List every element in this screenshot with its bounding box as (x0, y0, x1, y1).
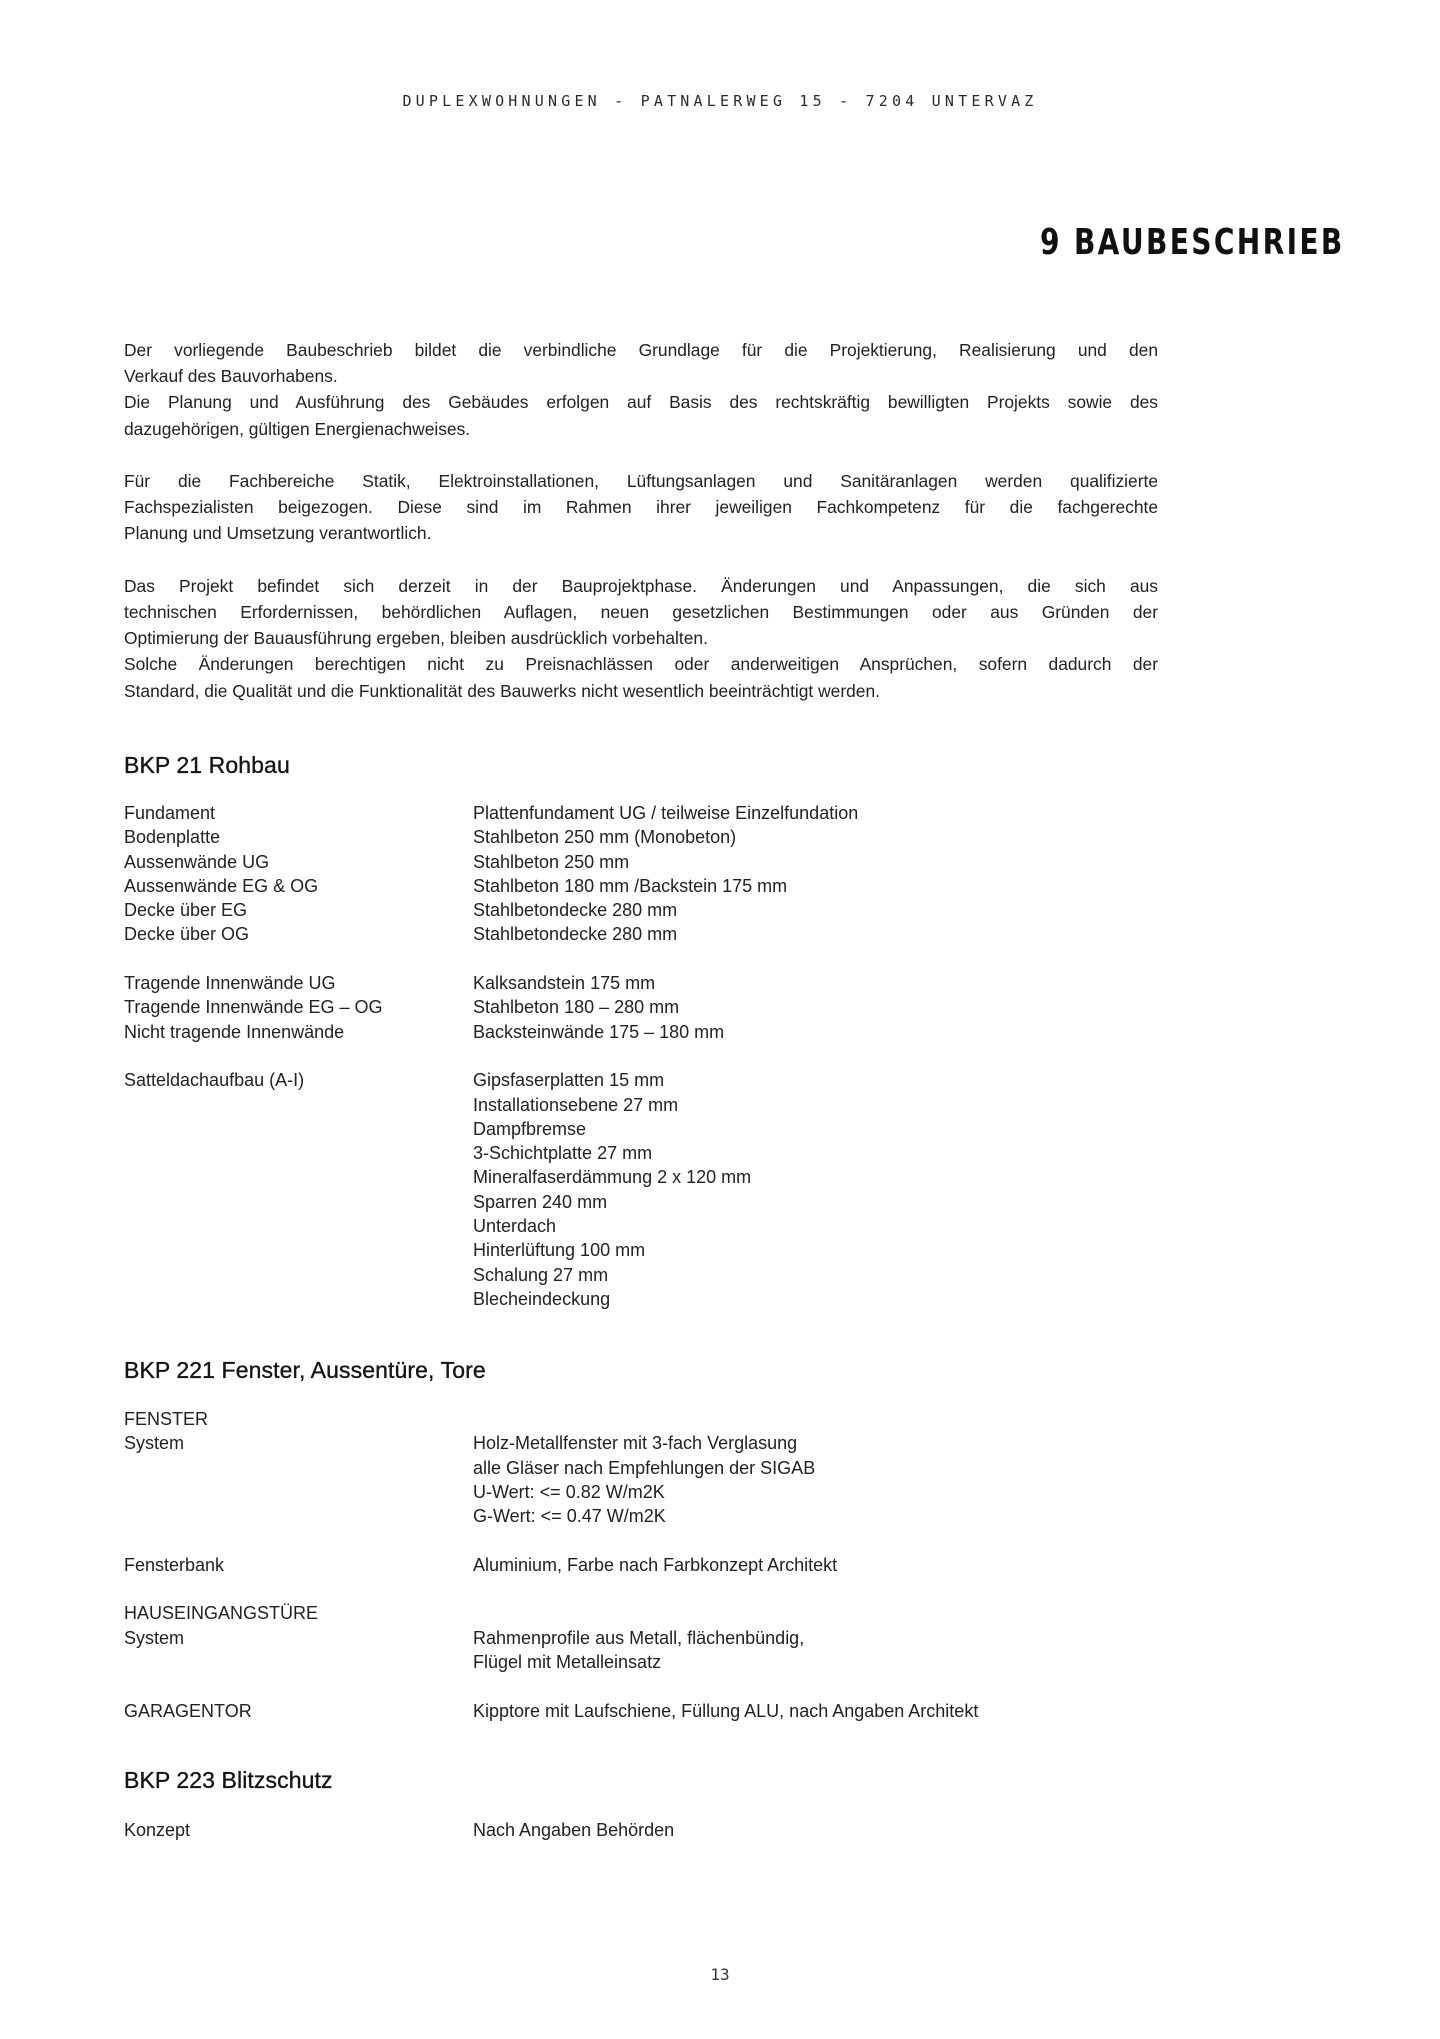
intro-paragraph: Das Projekt befindet sich derzeit in der… (124, 573, 1158, 704)
section-heading: BKP 21 Rohbau (124, 752, 1224, 779)
spec-value-line: Stahlbeton 180 mm /Backstein 175 mm (473, 874, 1224, 898)
text-line: Fachspezialisten beigezogen. Diese sind … (124, 494, 1158, 520)
spec-label: Bodenplatte (124, 825, 473, 849)
section-bkp-221-fenster: BKP 221 Fenster, Aussentüre, Tore FENSTE… (124, 1357, 1224, 1723)
spec-value (473, 1407, 1224, 1431)
intro-paragraph: Für die Fachbereiche Statik, Elektroinst… (124, 468, 1158, 547)
spec-label: Fensterbank (124, 1553, 473, 1577)
spec-value-line: Flügel mit Metalleinsatz (473, 1650, 1224, 1674)
text-line: Standard, die Qualität und die Funktiona… (124, 678, 1158, 704)
spec-label: HAUSEINGANGSTÜRE (124, 1601, 473, 1625)
spec-value (473, 1601, 1224, 1625)
spec-value: Stahlbetondecke 280 mm (473, 898, 1224, 922)
text-line: Verkauf des Bauvorhabens. (124, 363, 1158, 389)
spec-value-line: Nach Angaben Behörden (473, 1818, 1224, 1842)
spec-value-line: Holz-Metallfenster mit 3-fach Verglasung (473, 1431, 1224, 1455)
spec-table: FENSTERSystemHolz-Metallfenster mit 3-fa… (124, 1407, 1224, 1723)
text-line: Die Planung und Ausführung des Gebäudes … (124, 389, 1158, 415)
spec-label: Konzept (124, 1818, 473, 1842)
spec-value-line: Stahlbeton 250 mm (473, 850, 1224, 874)
spec-row: Satteldachaufbau (A-I)Gipsfaserplatten 1… (124, 1068, 1224, 1311)
spec-value-line: Kalksandstein 175 mm (473, 971, 1224, 995)
spec-table: FundamentPlattenfundament UG / teilweise… (124, 801, 1224, 1311)
text-line: dazugehörigen, gültigen Energienachweise… (124, 416, 1158, 442)
text-line: Für die Fachbereiche Statik, Elektroinst… (124, 468, 1158, 494)
spec-value-line: G-Wert: <= 0.47 W/m2K (473, 1504, 1224, 1528)
spec-value-line: Installationsebene 27 mm (473, 1093, 1224, 1117)
spec-value: Plattenfundament UG / teilweise Einzelfu… (473, 801, 1224, 825)
intro-paragraph: Der vorliegende Baubeschrieb bildet die … (124, 337, 1158, 442)
spec-value: Stahlbetondecke 280 mm (473, 922, 1224, 946)
spec-value-line: U-Wert: <= 0.82 W/m2K (473, 1480, 1224, 1504)
spec-value-line: Backsteinwände 175 – 180 mm (473, 1020, 1224, 1044)
spec-value-line: Blecheindeckung (473, 1287, 1224, 1311)
spec-label: FENSTER (124, 1407, 473, 1431)
spec-value-line: 3-Schichtplatte 27 mm (473, 1141, 1224, 1165)
spec-label: Satteldachaufbau (A-I) (124, 1068, 473, 1311)
spec-value-line: Kipptore mit Laufschiene, Füllung ALU, n… (473, 1699, 1224, 1723)
spec-value-line: Stahlbeton 180 – 280 mm (473, 995, 1224, 1019)
spec-value: Stahlbeton 250 mm (Monobeton) (473, 825, 1224, 849)
spec-value-line: Dampfbremse (473, 1117, 1224, 1141)
spec-value: Stahlbeton 180 – 280 mm (473, 995, 1224, 1019)
spec-value-line: Aluminium, Farbe nach Farbkonzept Archit… (473, 1553, 1224, 1577)
spec-value-line: Mineralfaserdämmung 2 x 120 mm (473, 1165, 1224, 1189)
section-heading: BKP 223 Blitzschutz (124, 1767, 1224, 1794)
spec-label: Tragende Innenwände EG – OG (124, 995, 473, 1019)
text-line: Optimierung der Bauausführung ergeben, b… (124, 625, 1158, 651)
intro-text: Der vorliegende Baubeschrieb bildet die … (124, 337, 1158, 730)
spec-value: Holz-Metallfenster mit 3-fach Verglasung… (473, 1431, 1224, 1528)
spec-row: FENSTER (124, 1407, 1224, 1431)
spec-table: KonzeptNach Angaben Behörden (124, 1818, 1224, 1842)
spec-value-line: Gipsfaserplatten 15 mm (473, 1068, 1224, 1092)
section-bkp-21-rohbau: BKP 21 Rohbau FundamentPlattenfundament … (124, 752, 1224, 1311)
spec-label: System (124, 1626, 473, 1675)
text-line: Planung und Umsetzung verantwortlich. (124, 520, 1158, 546)
spec-label: Nicht tragende Innenwände (124, 1020, 473, 1044)
spec-value: Stahlbeton 180 mm /Backstein 175 mm (473, 874, 1224, 898)
text-line: Das Projekt befindet sich derzeit in der… (124, 573, 1158, 599)
spec-label: Decke über OG (124, 922, 473, 946)
text-line: technischen Erfordernissen, behördlichen… (124, 599, 1158, 625)
chapter-title: 9 BAUBESCHRIEB (1040, 222, 1345, 263)
spec-value-line: Schalung 27 mm (473, 1263, 1224, 1287)
spec-value-line: Unterdach (473, 1214, 1224, 1238)
spec-row: Tragende Innenwände EG – OGStahlbeton 18… (124, 995, 1224, 1019)
spec-value-line: alle Gläser nach Empfehlungen der SIGAB (473, 1456, 1224, 1480)
spec-row: Decke über EGStahlbetondecke 280 mm (124, 898, 1224, 922)
spec-row: HAUSEINGANGSTÜRE (124, 1601, 1224, 1625)
spec-label: Fundament (124, 801, 473, 825)
spec-value-line: Rahmenprofile aus Metall, flächenbündig, (473, 1626, 1224, 1650)
spec-row: Aussenwände UGStahlbeton 250 mm (124, 850, 1224, 874)
running-header: DUPLEXWOHNUNGEN - PATNALERWEG 15 - 7204 … (0, 92, 1440, 110)
spec-label: System (124, 1431, 473, 1528)
spec-label: Aussenwände EG & OG (124, 874, 473, 898)
spec-label: GARAGENTOR (124, 1699, 473, 1723)
spec-label: Decke über EG (124, 898, 473, 922)
spec-row: KonzeptNach Angaben Behörden (124, 1818, 1224, 1842)
spec-value-line: Hinterlüftung 100 mm (473, 1238, 1224, 1262)
spec-value: Kipptore mit Laufschiene, Füllung ALU, n… (473, 1699, 1224, 1723)
spec-value-line: Stahlbetondecke 280 mm (473, 898, 1224, 922)
spec-row: SystemHolz-Metallfenster mit 3-fach Verg… (124, 1431, 1224, 1528)
spec-value: Backsteinwände 175 – 180 mm (473, 1020, 1224, 1044)
spec-value: Aluminium, Farbe nach Farbkonzept Archit… (473, 1553, 1224, 1577)
spec-label: Tragende Innenwände UG (124, 971, 473, 995)
spec-row: Nicht tragende InnenwändeBacksteinwände … (124, 1020, 1224, 1044)
page-number: 13 (0, 1965, 1440, 1984)
spec-value: Stahlbeton 250 mm (473, 850, 1224, 874)
spec-row: Decke über OGStahlbetondecke 280 mm (124, 922, 1224, 946)
spec-value-line: Stahlbeton 250 mm (Monobeton) (473, 825, 1224, 849)
spec-row: BodenplatteStahlbeton 250 mm (Monobeton) (124, 825, 1224, 849)
spec-value: Kalksandstein 175 mm (473, 971, 1224, 995)
spec-row: Aussenwände EG & OGStahlbeton 180 mm /Ba… (124, 874, 1224, 898)
spec-label: Aussenwände UG (124, 850, 473, 874)
spec-row: FundamentPlattenfundament UG / teilweise… (124, 801, 1224, 825)
spec-value: Gipsfaserplatten 15 mmInstallationsebene… (473, 1068, 1224, 1311)
section-bkp-223-blitzschutz: BKP 223 Blitzschutz KonzeptNach Angaben … (124, 1767, 1224, 1842)
spec-value: Nach Angaben Behörden (473, 1818, 1224, 1842)
spec-value-line: Stahlbetondecke 280 mm (473, 922, 1224, 946)
spec-value-line: Plattenfundament UG / teilweise Einzelfu… (473, 801, 1224, 825)
section-heading: BKP 221 Fenster, Aussentüre, Tore (124, 1357, 1224, 1384)
text-line: Der vorliegende Baubeschrieb bildet die … (124, 337, 1158, 363)
spec-row: Tragende Innenwände UGKalksandstein 175 … (124, 971, 1224, 995)
spec-row: GARAGENTORKipptore mit Laufschiene, Füll… (124, 1699, 1224, 1723)
spec-value: Rahmenprofile aus Metall, flächenbündig,… (473, 1626, 1224, 1675)
text-line: Solche Änderungen berechtigen nicht zu P… (124, 651, 1158, 677)
spec-row: FensterbankAluminium, Farbe nach Farbkon… (124, 1553, 1224, 1577)
spec-value-line: Sparren 240 mm (473, 1190, 1224, 1214)
spec-row: SystemRahmenprofile aus Metall, flächenb… (124, 1626, 1224, 1675)
